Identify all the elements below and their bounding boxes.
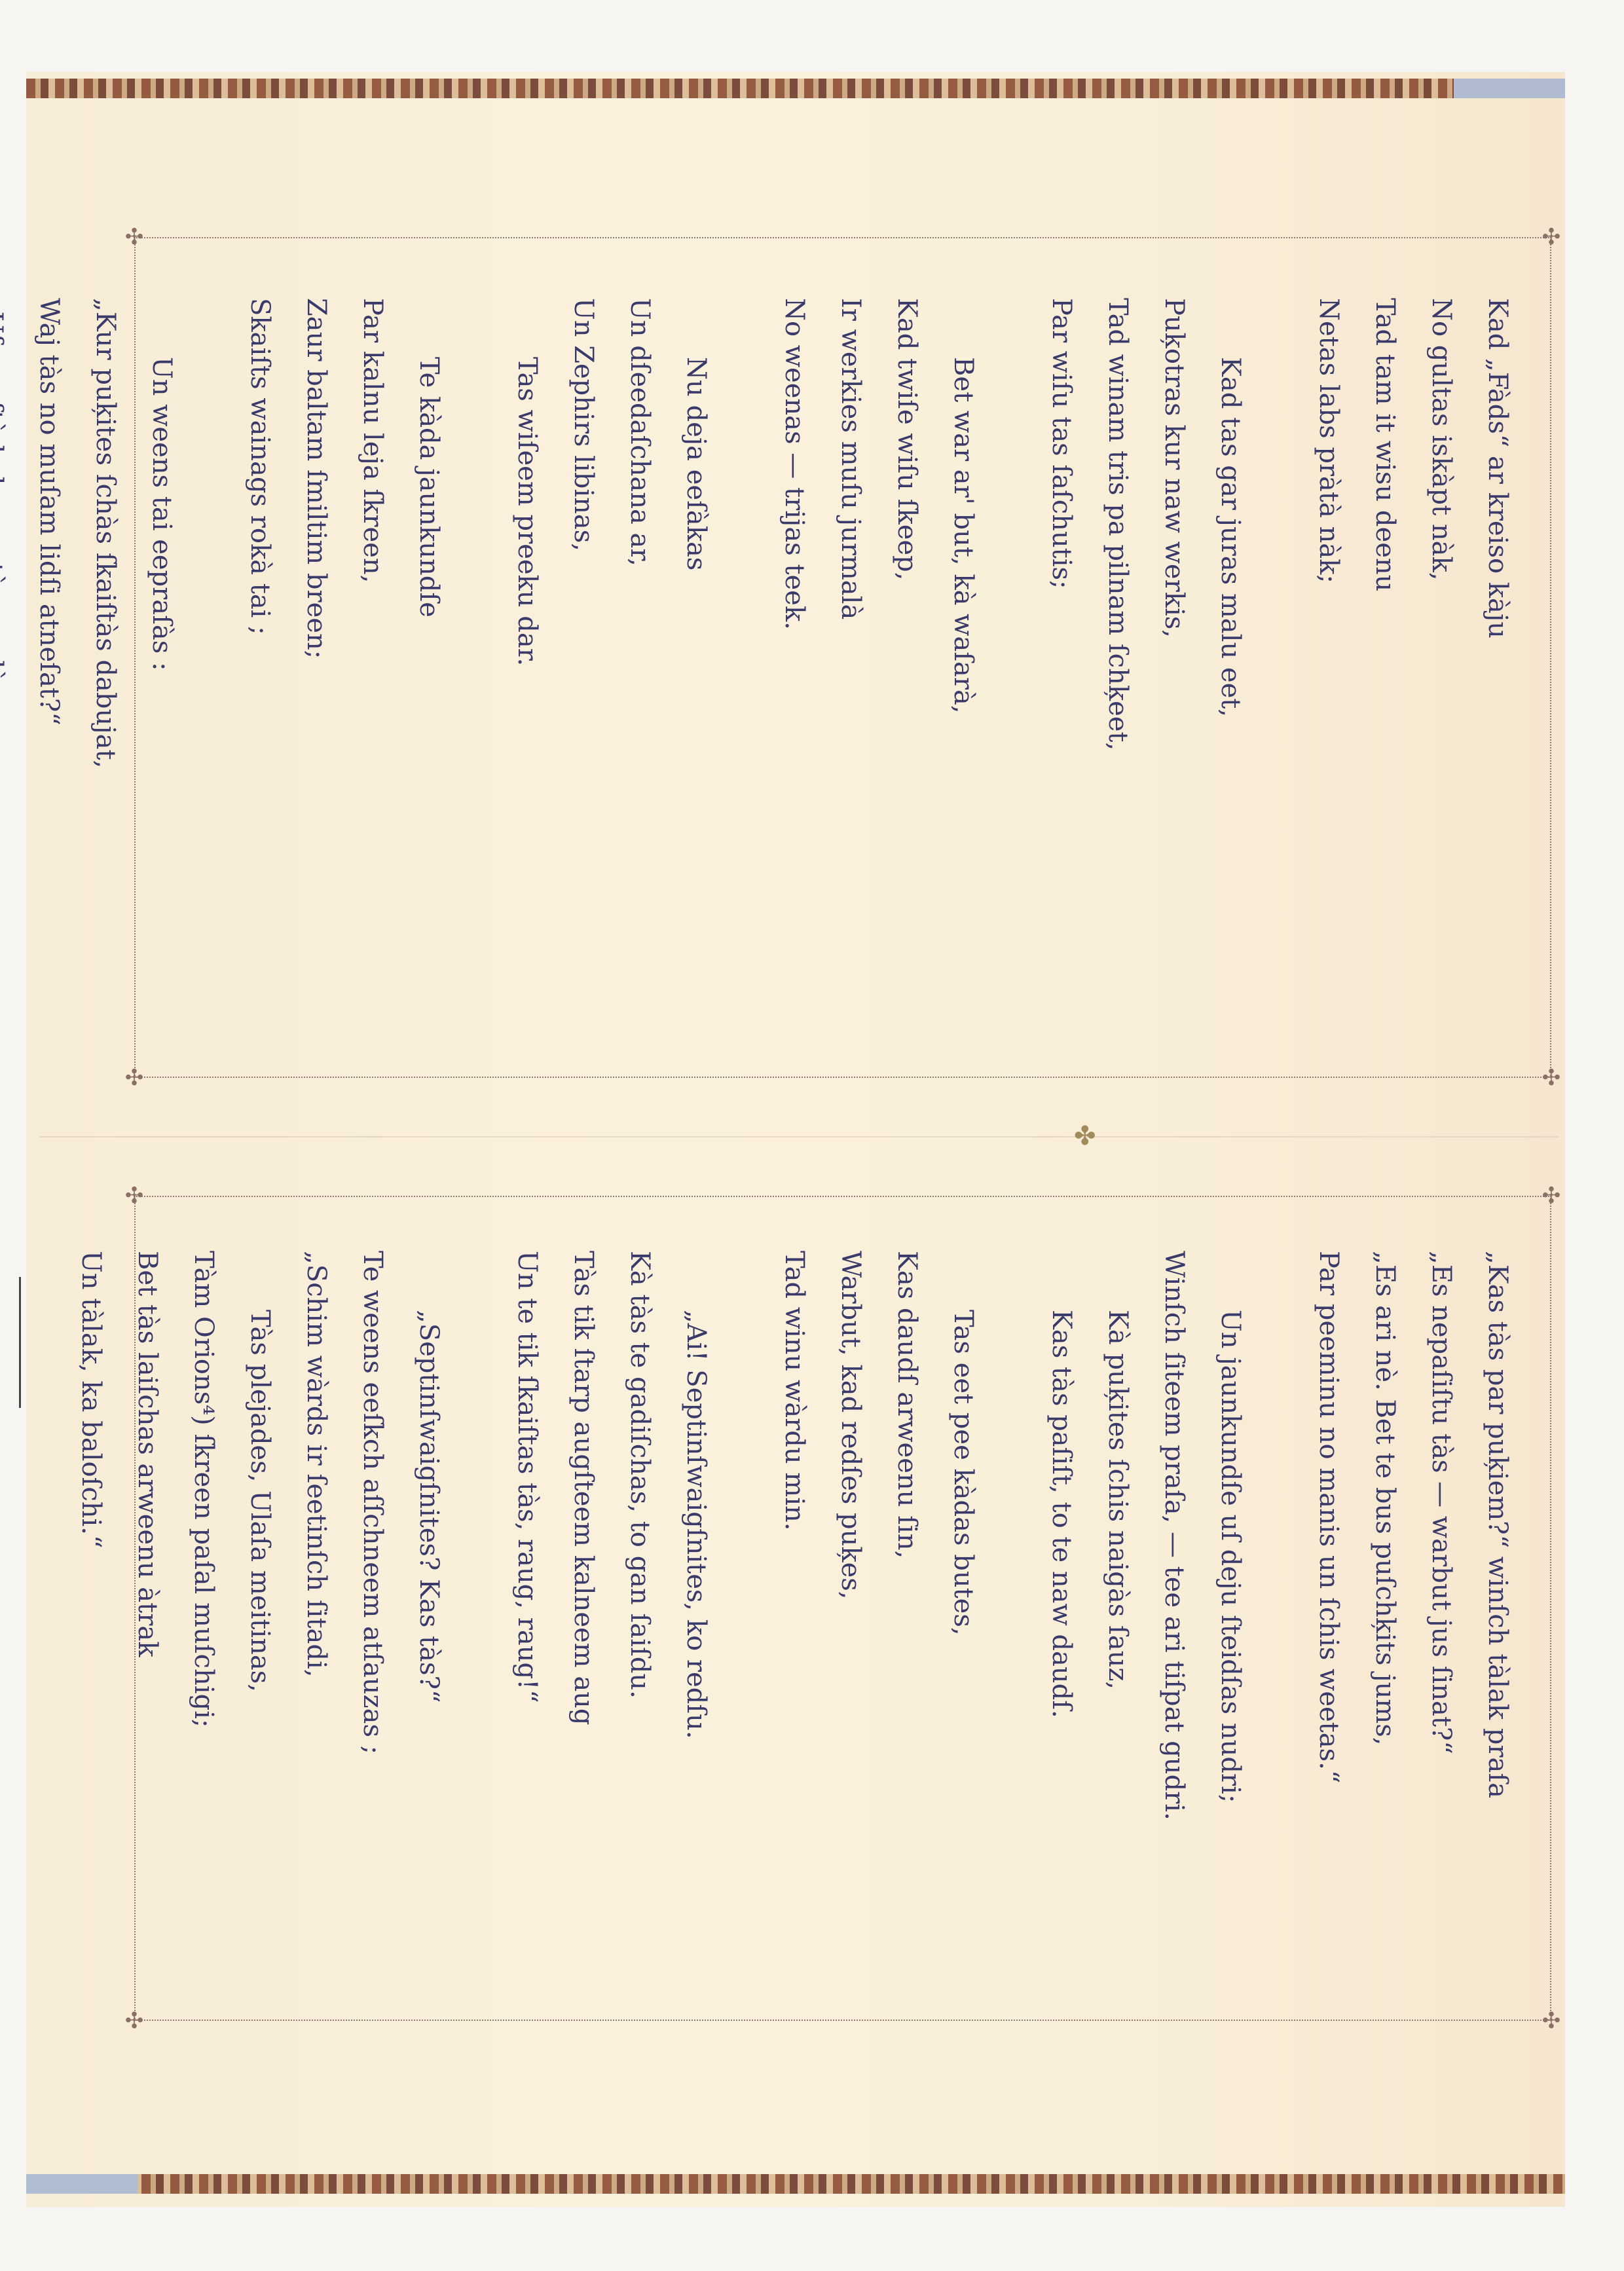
stanza: „Ai! Septinſwaigſnites, ko redſu.Kà tàs … [499, 1251, 724, 2102]
verse-line: Kas tàs paſiſt, to te naw daudſ. [1033, 1251, 1090, 2102]
verse-line: „Schim wàrds ir ſeetinſch ſitadi, [288, 1251, 344, 2102]
verse-line: „Kur puķites ſchàs ſkaiſtàs dabujat, [77, 298, 134, 1149]
verse-line: Par wiſu tas ſaſchutis; [1033, 298, 1090, 1149]
band-cap [1454, 79, 1565, 98]
verse-line: Tad winam tris pa pilnam ſchķeet, [1090, 298, 1146, 1149]
verse-line: Tas eet pee kàdas butes, [935, 1251, 991, 2102]
stanza: Bet war ar' but, kà waſarà,Kad twiſe wiſ… [766, 298, 991, 1149]
corner-ornament-icon: ✣ [1538, 2008, 1564, 2034]
bottom-decorative-band [26, 2174, 1565, 2194]
verse-line: Bet tàs laiſchas arweenu àtrak [119, 1251, 175, 2102]
band-cap [26, 2174, 138, 2194]
corner-ornament-icon: ✣ [121, 1183, 147, 1209]
verse-line: Tas wiſeem preeku dar. [499, 298, 555, 1149]
verse-line: Te weens eeſkch aſſchneem atſauzas ; [344, 1251, 401, 2102]
verse-line: Kà tàs te gadiſchas, to gan ſaiſdu. [612, 1251, 668, 2102]
verse-line: Un dſeedaſchana ar, [612, 298, 668, 1149]
verse-line: Winſch ſiteem praſa, — tee ari tiſpat gu… [1146, 1251, 1202, 2102]
verse-line: Un jaunkundſe uſ deju ſteidſas nudri; [1202, 1251, 1259, 2102]
stanza: Kad tas gar juras malu eet,Puķotras kur … [1033, 298, 1259, 1149]
verse-line: Tad winu wàrdu min. [766, 1251, 822, 2102]
verse-line: Un weens tai eepraſàs : [134, 298, 190, 1149]
verse-line: „Uſ augſtà kalna es tàs noplùzu [0, 298, 21, 1149]
stanza: „Septinſwaigſnites? Kas tàs?“Te weens ee… [63, 1251, 457, 2102]
corner-ornament-icon: ✣ [121, 224, 147, 250]
verse-line: Kà puķites ſchis naigàs ſauz, [1090, 1251, 1146, 2102]
verse-line: Kas daudſ arweenu ſin, [879, 1251, 935, 2102]
stanza: Un weens tai eepraſàs :„Kur puķites ſchà… [0, 298, 190, 1149]
top-decorative-band [26, 79, 1565, 98]
verse-line: Un tàlak, ka baloſchi.“ [63, 1251, 119, 2102]
verse-line: Netas labs pràtà nàk; [1301, 298, 1357, 1149]
corner-ornament-icon: ✣ [1538, 224, 1564, 250]
verse-line: Skaiſts wainags rokà tai ; [232, 298, 288, 1149]
lower-page-text: „Kas tàs par puķiem?“ winſch tàlak praſa… [0, 1251, 1526, 2102]
verse-line: Kad „Fàds“ ar kreiso kàju [1469, 298, 1526, 1149]
verse-line: No gultas iskàpt nàk, [1413, 298, 1469, 1149]
verse-line: Tàs plejades, Ulaſa meitinas, [232, 1251, 288, 2102]
verse-line: „Es ari nè. Bet te bus puſchķits jums, [1357, 1251, 1413, 2102]
footnote-rule [19, 1277, 21, 1408]
verse-line: Par peeminu no manis un ſchis weetas.“ [1301, 1251, 1357, 2102]
stanza: Un jaunkundſe uſ deju ſteidſas nudri;Win… [1033, 1251, 1259, 2102]
verse-line: „Septinſwaigſnites? Kas tàs?“ [401, 1251, 457, 2102]
verse-line: Tàm Orions⁴) ſkreen paſal muſchigi; [175, 1251, 232, 2102]
verse-line: Tàs tik ſtarp augſteem kalneem aug [555, 1251, 612, 2102]
verse-line: Zaur baltam ſmiltim breen; [288, 298, 344, 1149]
verse-line: „Kas tàs par puķiem?“ winſch tàlak praſa [1469, 1251, 1526, 2102]
verse-line: Kad tas gar juras malu eet, [1202, 298, 1259, 1149]
verse-line: Kad twiſe wiſu ſkeep, [879, 298, 935, 1149]
stanza: Nu deja eeſàkasUn dſeedaſchana ar,Un Zep… [499, 298, 724, 1149]
stanza: „Kas tàs par puķiem?“ winſch tàlak praſa… [1301, 1251, 1526, 2102]
verse-line: No weenas — trijas teek. [766, 298, 822, 1149]
upper-page-text: Kad „Fàds“ ar kreiso kàjuNo gultas iskàp… [0, 298, 1526, 1149]
verse-line: Waj tàs no muſam lidſi atneſat?“ [21, 298, 77, 1149]
verse-line: Nu deja eeſàkas [668, 298, 724, 1149]
verse-line: Te kàda jaunkundſe [401, 298, 457, 1149]
verse-line: Bet war ar' but, kà waſarà, [935, 298, 991, 1149]
verse-line: „Es nepaſiſtu tàs — warbut jus ſinat?“ [1413, 1251, 1469, 2102]
verse-line: Warbut, kad redſes puķes, [822, 1251, 879, 2102]
stanza: Tas eet pee kàdas butes,Kas daudſ arween… [766, 1251, 991, 2102]
corner-ornament-icon: ✣ [1538, 1183, 1564, 1209]
verse-line: Un Zephirs libinas, [555, 298, 612, 1149]
verse-line: Ir werkies muſu jurmalà [822, 298, 879, 1149]
verse-line: Tad tam it wisu deenu [1357, 298, 1413, 1149]
stanza: Te kàda jaunkundſePar kalnu leja ſkreen,… [232, 298, 457, 1149]
verse-line: „Ai! Septinſwaigſnites, ko redſu. [668, 1251, 724, 2102]
verse-line: Puķotras kur naw werkis, [1146, 298, 1202, 1149]
verse-line: Par kalnu leja ſkreen, [344, 298, 401, 1149]
verse-line: Un te tik ſkaiſtas tàs, raug, raug!“ [499, 1251, 555, 2102]
corner-ornament-icon: ✣ [1538, 1065, 1564, 1091]
stanza: Kad „Fàds“ ar kreiso kàjuNo gultas iskàp… [1301, 298, 1526, 1149]
